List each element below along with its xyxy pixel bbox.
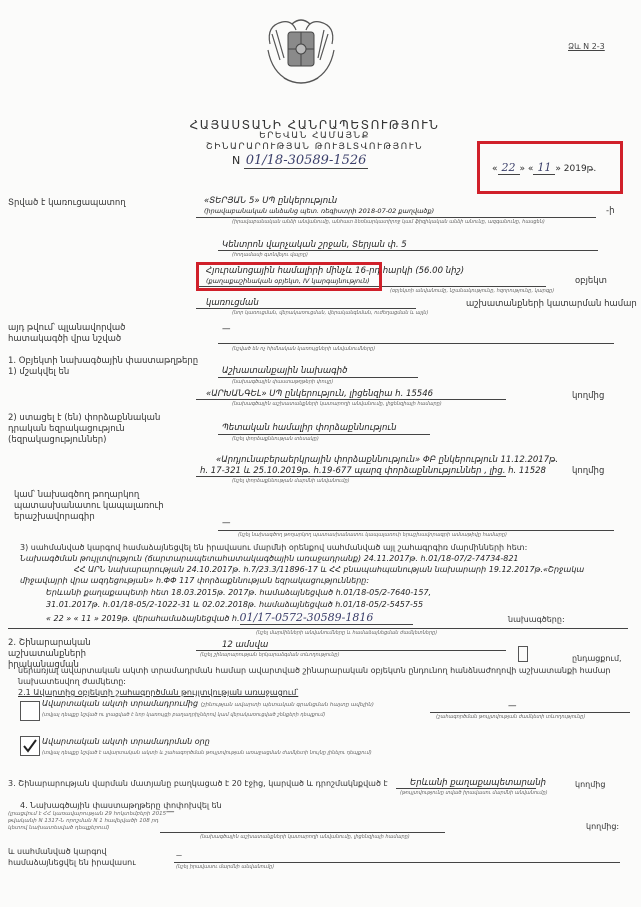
section3-label: 3. Շինարարության վարման մատյանը բաղկացած…: [8, 778, 388, 789]
planned-plan-label: այդ թվում՝ պլանավորված հատակագծի վրա նշվ…: [8, 323, 188, 345]
approvals-intro: 3) սահմանված կարգով համաձայնեցվել են իրա…: [20, 542, 527, 553]
expertise-type-hint: (նշել փորձաքննության տեսակը): [232, 436, 319, 442]
section4-agreed-label: և սահմանված կարգով համաձայնեցվել են իրավ…: [8, 846, 173, 868]
form-code: Ձև N 2-3: [568, 42, 605, 51]
design-org-suffix: կողմից: [572, 391, 604, 402]
design-org: «ԱՐԽԱՆԳԵԼ» ՍՊ ընկերություն, լիցենզիա հ. …: [206, 389, 433, 399]
construction-duration-hint: (նշել շինարարության երկարաձգման տևողությ…: [200, 652, 340, 658]
section2-suffix: ընդացքում,: [572, 653, 622, 664]
approvals-line2: Նախագծման թույլտվություն (ճարտարապետահատ…: [20, 554, 519, 563]
section2-text2: նախատեսվող ժամկետը:: [18, 676, 126, 687]
option-from-completion-act-checkbox[interactable]: [20, 701, 40, 721]
issued-to-label: Տրված է կառուցապատող: [8, 198, 126, 209]
reapproval-number: 01/17-0572-30589-1816: [240, 611, 414, 625]
duration-checkbox[interactable]: [518, 646, 528, 662]
option2-label: Ավարտական ակտի տրամադրման օրը: [42, 737, 210, 746]
permit-number-value: 01/18-30589-1526: [244, 153, 369, 169]
design-org-hint: (նախագծային աշխատանքների կատարողի անվանո…: [232, 401, 442, 407]
warranty-value: —: [222, 518, 231, 528]
approvals-line6: 31.01.2017թ. հ.01/18-05/2-1022-31 և 02.0…: [46, 600, 423, 609]
section1-sub2-label: 2) ստացել է (են) փորձաքննական դրական եզր…: [8, 413, 188, 446]
planned-plan-hint: (նշված են ոչ հիմնական կառույցների անվանո…: [232, 346, 375, 352]
option1-hint: (տվյալ դեպքը նշված ու լրացված է նոր կառո…: [42, 712, 325, 718]
approvals-line4: միջավայրի վրա ազդեցության» հ.ՓՓ 117 փորձ…: [20, 576, 369, 585]
section2-1-title: 2.1 Ավարտից օբյեկտի շահագործման թույլտվո…: [18, 687, 298, 698]
option1-label: Ավարտական ակտի տրամադրումից (շինության ա…: [42, 699, 374, 708]
warranty-label: կամ՝ նախագծող թողարկող պատասխանատու կապա…: [14, 490, 194, 523]
permit-number: N 01/18-30589-1526: [232, 153, 368, 168]
header-community: ԵՐԵՎԱՆ ՀԱՄԱՅՆՔ: [0, 131, 635, 141]
section3-suffix: կողմից: [575, 779, 605, 790]
expertise-org-line1: «Արդյունաբերաերկրային փորձաքննություն» Փ…: [216, 455, 558, 465]
construction-duration: 12 ամսվա: [222, 640, 268, 650]
option1-value: —: [508, 701, 517, 711]
work-suffix: աշխատանքների կատարման համար: [466, 299, 637, 310]
permit-number-prefix: N: [232, 154, 240, 167]
section4-agreed-value: —: [176, 852, 182, 859]
option-on-completion-day-checkbox[interactable]: [20, 736, 40, 756]
issue-date: «22» «11» 2019թ.: [492, 161, 596, 174]
section4-value: —: [166, 807, 175, 817]
approvals-line5: Երևանի քաղաքապետի հետ 18.03.2015թ. 2017թ…: [46, 588, 431, 597]
approvals-hint: (նշել մարմինների անվանումները և համաձայն…: [256, 630, 437, 636]
developer-name: «ՏԵՐՅԱՆ 5» ՍՊ ընկերություն: [204, 196, 337, 206]
developer-suffix: -ի: [606, 206, 614, 217]
object-highlight-box: [196, 262, 382, 291]
design-phase-hint: (նախագծային փաստաթղթերի փուլը): [232, 379, 333, 385]
site-address: Կենտրոն վարչական շրջան, Տերյան փ. 5: [222, 240, 407, 250]
expertise-type: Պետական համալիր փորձաքննություն: [222, 423, 397, 433]
section4-label: 4. Նախագծային փաստաթղթերը փոփոխվել են: [20, 800, 222, 811]
design-phase: Աշխատանքային նախագիծ: [222, 366, 347, 376]
developer-hint: (իրավաբանական անձի անվանումը, անհատ ձեռն…: [232, 219, 562, 226]
section2-text1: ներառյալ ավարտական ակտի տրամադրման համար…: [18, 665, 610, 676]
checkmark-icon: [21, 737, 39, 755]
log-sealer-hint: (թույլտվությունը տված իրավասու մարմնի ան…: [400, 790, 548, 796]
expertise-org-line2: հ. 17-321 և 25.10.2019թ. հ.19-677 պարզ փ…: [200, 466, 546, 476]
coat-of-arms-emblem: [262, 14, 340, 90]
approvals-suffix: նախագծերը:: [508, 614, 565, 625]
work-type: կառուցման: [206, 298, 259, 308]
object-suffix: օբյեկտ: [575, 276, 607, 287]
developer-registry: (իրավաբանական անձանց պետ. ռեգիստրի 2018-…: [204, 207, 434, 215]
approvals-line3: ՀՀ ԱՐՆ նախարարության 24.10.2017թ. հ.7/23…: [74, 565, 584, 574]
section4-agreed-hint: (նշել իրավասու մարմնի անվանումը): [176, 864, 274, 870]
expertise-org-hint: (նշել փորձաքննության մարմնի անվանումը): [232, 478, 350, 484]
site-address-hint: (հողամասի գտնվելու վայրը): [232, 252, 308, 258]
date-month: 11: [533, 161, 555, 175]
section1-title: 1. Օբյեկտի նախագծային փաստաթղթերը: [8, 356, 198, 367]
work-hint: (նոր կառուցման, վերակառուցման, վերականգն…: [232, 310, 428, 316]
option1-value-hint: (շահագործման թույլտվության ժամկետի տևողո…: [436, 714, 585, 720]
log-sealer: Երևանի քաղաքապետարանի: [410, 778, 546, 788]
date-day: 22: [498, 161, 520, 175]
section4-hint: (նախագծային աշխատանքների կատարողի անվանո…: [200, 834, 410, 840]
warranty-hint: (նշել նախագծող թողարկող պատասխանատու կապ…: [238, 532, 507, 538]
expertise-org-suffix: կողմից: [572, 466, 604, 477]
section4-suffix: կողմից:: [586, 821, 619, 832]
section4-note: (լրացվում է ՀՀ կառավարության 29 հոկտեմբե…: [8, 811, 168, 832]
header-country: ՀԱՅԱՍՏԱՆԻ ՀԱՆՐԱՊԵՏՈՒԹՅՈՒՆ: [0, 118, 635, 132]
object-hint: (օբյեկտի անվանումը, նշանակությունը, հզոր…: [390, 288, 554, 294]
date-year: 2019թ.: [564, 164, 596, 174]
approvals-line7: « 22 » « 11 » 2019թ. վերահամաձայնեցված հ…: [46, 611, 413, 624]
section1-sub1-label: 1) մշակվել են: [8, 367, 69, 378]
planned-plan-value: —: [222, 324, 231, 334]
option2-hint: (տվյալ դեպքը նշված է ավարտական ակտի և շա…: [42, 750, 372, 756]
